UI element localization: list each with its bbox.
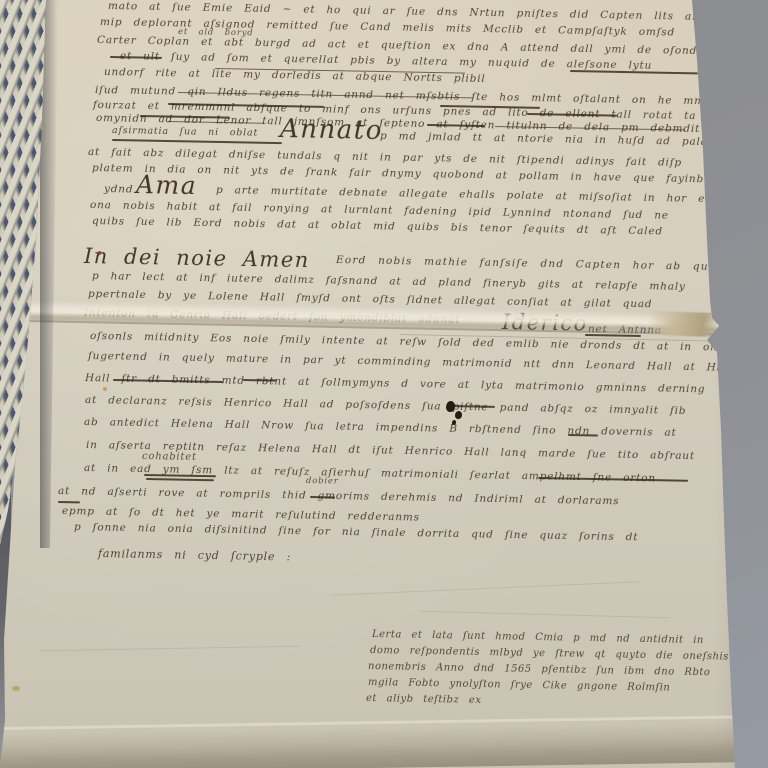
- script-line: at nd aſserti rove at romprils thid gmor…: [58, 486, 620, 507]
- marginal-note-line: et aliyb teſtibz ex: [366, 694, 482, 706]
- strike-mark: [570, 70, 698, 74]
- script-line: epmp at ſo dt het ye marit reſulutind re…: [62, 506, 420, 523]
- ink-blot: [455, 411, 462, 419]
- ink-blot: [452, 420, 456, 425]
- interlinear-insertion: cohabitet: [142, 452, 197, 463]
- script-line: Hall ſtr dt bmitts mtd rbtnt at ſollmymy…: [85, 373, 706, 395]
- script-line: ſugertend in quely mature in par yt comm…: [88, 351, 747, 374]
- strike-mark: [112, 139, 282, 144]
- stain: [12, 686, 20, 691]
- marginal-note-line: Lerta et lata ſunt hmod Cmia p md nd ant…: [372, 630, 704, 646]
- strike-mark: [310, 496, 335, 498]
- marginal-note-line: mgila Fobto ynolyſton ſrye Cike gngone R…: [368, 678, 671, 694]
- red-ink-dot: [98, 251, 101, 255]
- wrinkle-line: [40, 646, 300, 652]
- script-line: aſsirmatia ſua ni oblat: [112, 126, 258, 138]
- stain: [103, 387, 107, 391]
- script-line: familanms ni cyd ſcryple :: [98, 548, 291, 563]
- wrinkle-line: [330, 581, 640, 596]
- ink-blot: [446, 401, 455, 412]
- script-line: ydnd: [104, 184, 134, 195]
- strike-mark: [144, 474, 216, 477]
- script-line: p ſonne nia onia diſsinitind ſine for ni…: [74, 522, 638, 543]
- large-script-word: Ama: [136, 172, 198, 198]
- marginal-note-line: domo reſpondentis mlbyd ye ſtrew qt quyt…: [370, 646, 729, 663]
- interlinear-insertion: dobier: [306, 477, 339, 486]
- strike-mark: [146, 478, 214, 481]
- script-line: at declaranz reſsis Henrico Hall ad poſs…: [85, 395, 687, 417]
- script-line: p arte murtitate debnate allegate ehalls…: [216, 185, 713, 205]
- wrinkle-line: [420, 611, 670, 619]
- bottom-fold-shadow: [0, 721, 768, 768]
- photo: mato at ſue Emie Eaid ~ et ho qui ar ſue…: [0, 0, 768, 768]
- strike-mark: [58, 501, 80, 503]
- strike-mark: [585, 334, 641, 337]
- marginal-note-line: nonembris Anno dnd 1565 pſentibz ſun ibm…: [368, 662, 711, 678]
- manuscript-page: mato at ſue Emie Eaid ~ et ho qui ar ſue…: [0, 0, 768, 768]
- large-script-word: Annato: [280, 116, 383, 144]
- fold-wedge: [648, 311, 721, 337]
- heading-in-dei-nomine: In dei noie Amen: [84, 246, 310, 271]
- script-line: Eord nobis mathie fanſsiſe dnd Capten ho…: [336, 255, 747, 273]
